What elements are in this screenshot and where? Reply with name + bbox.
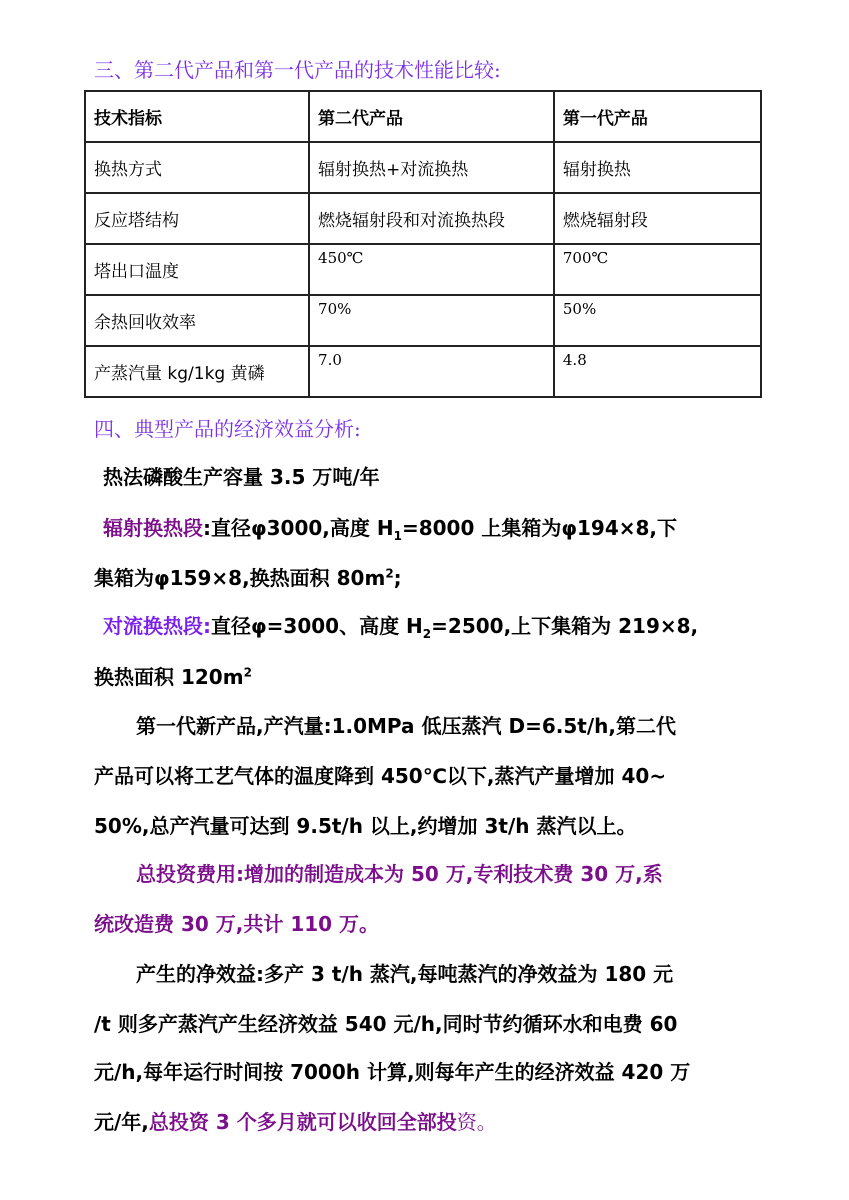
table-cell: 产蒸汽量 kg/1kg 黄磷 bbox=[85, 346, 309, 397]
convective-line-1: 对流换热段:直径φ=3000、高度 H2=2500,上下集箱为 219×8, bbox=[103, 610, 698, 641]
cell-value: 70% bbox=[318, 300, 351, 318]
table-cell: 7.0 bbox=[309, 346, 554, 397]
cell-value: 50% bbox=[563, 300, 596, 318]
table-cell: 70% bbox=[309, 295, 554, 346]
radiant-label: 辐射换热段 bbox=[103, 516, 203, 540]
table-row: 反应塔结构 燃烧辐射段和对流换热段 燃烧辐射段 bbox=[85, 193, 761, 244]
benefit-text: 元/年, bbox=[94, 1110, 149, 1134]
superscript: 2 bbox=[244, 665, 252, 679]
convective-text: =2500,上下集箱为 219×8, bbox=[431, 614, 698, 638]
table-cell: 余热回收效率 bbox=[85, 295, 309, 346]
cell-value: 700℃ bbox=[563, 249, 608, 267]
radiant-line-1: 辐射换热段:直径φ3000,高度 H1=8000 上集箱为φ194×8,下 bbox=[103, 512, 677, 543]
superscript: 2 bbox=[385, 566, 393, 580]
subscript: 1 bbox=[394, 529, 402, 543]
radiant-text: :直径φ3000,高度 H bbox=[203, 516, 394, 540]
table-row: 换热方式 辐射换热+对流换热 辐射换热 bbox=[85, 142, 761, 193]
table-cell: 塔出口温度 bbox=[85, 244, 309, 295]
radiant-line-2: 集箱为φ159×8,换热面积 80m2; bbox=[94, 562, 402, 591]
cell-value: 4.8 bbox=[563, 351, 587, 369]
header-cell: 第二代产品 bbox=[309, 91, 554, 142]
table-cell: 50% bbox=[554, 295, 761, 346]
convective-text: 换热面积 120m bbox=[94, 665, 244, 689]
benefit-line-1: 产生的净效益:多产 3 t/h 蒸汽,每吨蒸汽的净效益为 180 元 bbox=[136, 958, 673, 987]
para1-line-2: 产品可以将工艺气体的温度降到 450℃以下,蒸汽产量增加 40~ bbox=[94, 760, 666, 789]
para1-line-3: 50%,总产汽量可达到 9.5t/h 以上,约增加 3t/h 蒸汽以上。 bbox=[94, 810, 636, 839]
table-cell: 燃烧辐射段 bbox=[554, 193, 761, 244]
cell-value: 7.0 bbox=[318, 351, 342, 369]
table-cell: 辐射换热 bbox=[554, 142, 761, 193]
payback-highlight: 总投资 3 个多月就可以收回全部投 bbox=[149, 1110, 457, 1134]
convective-text: 直径φ=3000、高度 H bbox=[211, 614, 423, 638]
table-row: 余热回收效率 70% 50% bbox=[85, 295, 761, 346]
benefit-line-2: /t 则多产蒸汽产生经济效益 540 元/h,同时节约循环水和电费 60 bbox=[94, 1008, 677, 1037]
convective-line-2: 换热面积 120m2 bbox=[94, 661, 252, 690]
benefit-line-4: 元/年,总投资 3 个多月就可以收回全部投资。 bbox=[94, 1106, 497, 1135]
table-cell: 700℃ bbox=[554, 244, 761, 295]
comparison-table: 技术指标 第二代产品 第一代产品 换热方式 辐射换热+对流换热 辐射换热 反应塔… bbox=[84, 90, 762, 398]
investment-line-2: 统改造费 30 万,共计 110 万。 bbox=[94, 908, 379, 937]
header-cell: 第一代产品 bbox=[554, 91, 761, 142]
benefit-line-3: 元/h,每年运行时间按 7000h 计算,则每年产生的经济效益 420 万 bbox=[94, 1056, 690, 1085]
table-cell: 反应塔结构 bbox=[85, 193, 309, 244]
header-cell: 技术指标 bbox=[85, 91, 309, 142]
section-3-heading: 三、第二代产品和第一代产品的技术性能比较: bbox=[94, 54, 501, 83]
radiant-text: =8000 上集箱为φ194×8,下 bbox=[402, 516, 677, 540]
table-header-row: 技术指标 第二代产品 第一代产品 bbox=[85, 91, 761, 142]
investment-line-1: 总投资费用:增加的制造成本为 50 万,专利技术费 30 万,系 bbox=[136, 858, 663, 887]
para1-line-1: 第一代新产品,产汽量:1.0MPa 低压蒸汽 D=6.5t/h,第二代 bbox=[136, 710, 676, 739]
radiant-text: 集箱为φ159×8,换热面积 80m bbox=[94, 566, 385, 590]
table-row: 塔出口温度 450℃ 700℃ bbox=[85, 244, 761, 295]
table-cell: 燃烧辐射段和对流换热段 bbox=[309, 193, 554, 244]
radiant-text: ; bbox=[394, 566, 402, 590]
subscript: 2 bbox=[423, 627, 431, 641]
table-cell: 换热方式 bbox=[85, 142, 309, 193]
payback-tail: 资。 bbox=[457, 1110, 497, 1134]
capacity-line: 热法磷酸生产容量 3.5 万吨/年 bbox=[103, 461, 380, 490]
table-row: 产蒸汽量 kg/1kg 黄磷 7.0 4.8 bbox=[85, 346, 761, 397]
cell-value: 450℃ bbox=[318, 249, 363, 267]
convective-label: 对流换热段: bbox=[103, 614, 211, 638]
section-4-heading: 四、典型产品的经济效益分析: bbox=[94, 413, 361, 442]
table-cell: 450℃ bbox=[309, 244, 554, 295]
table-cell: 辐射换热+对流换热 bbox=[309, 142, 554, 193]
table-cell: 4.8 bbox=[554, 346, 761, 397]
